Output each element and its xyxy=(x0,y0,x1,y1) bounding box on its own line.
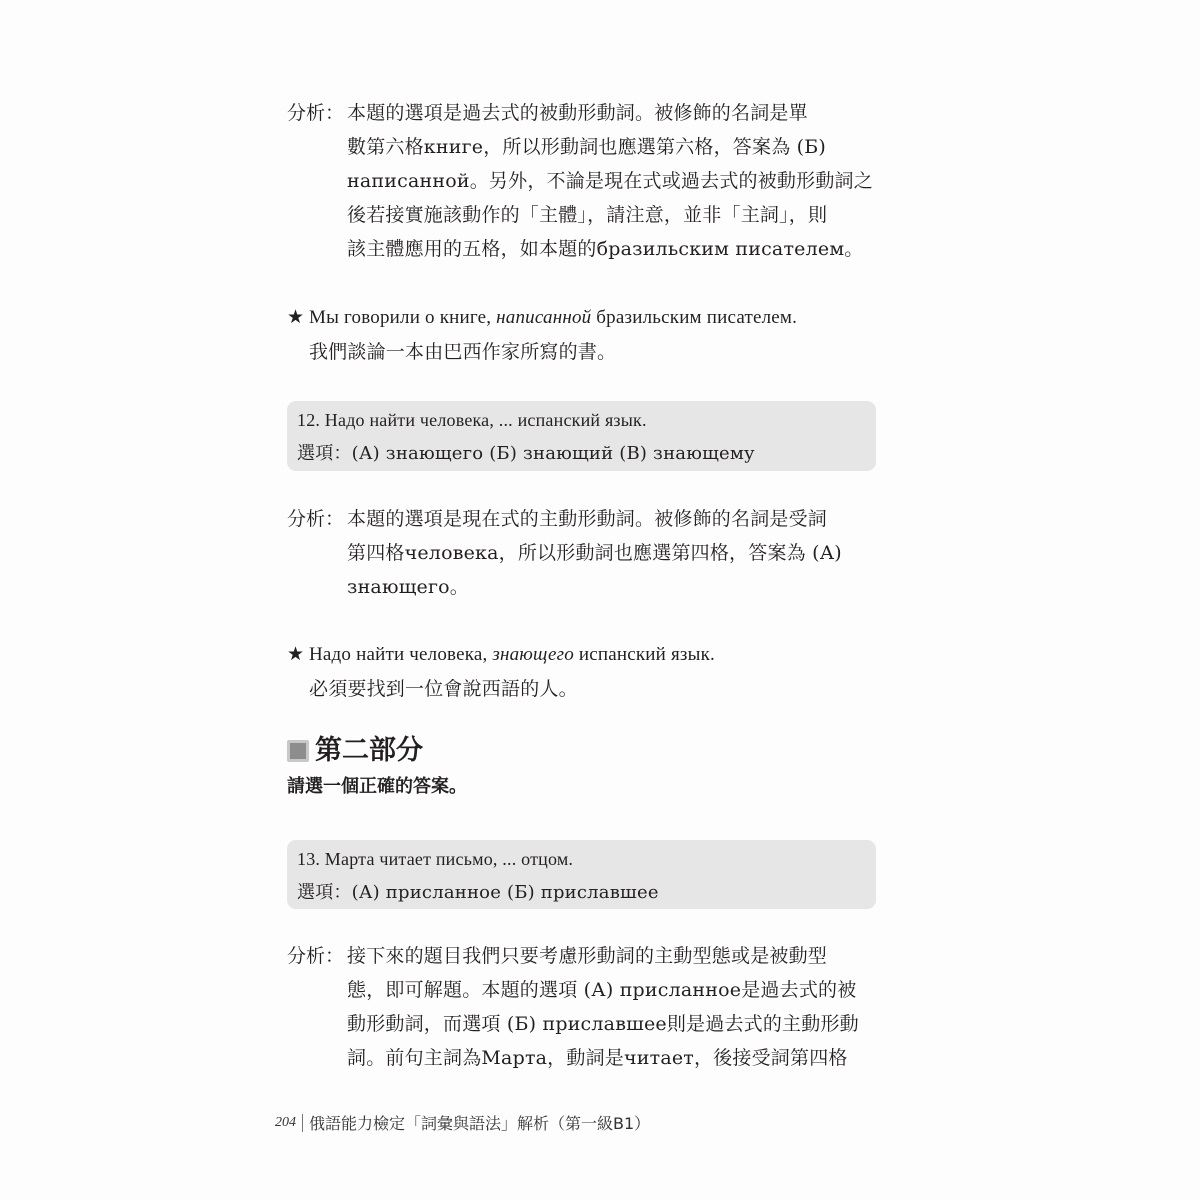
section-header: 第二部分 xyxy=(287,734,423,768)
example-translation: 必須要找到一位會說西語的人。 xyxy=(287,672,877,706)
question-options: 選項：(А) знающего (Б) знающий (В) знающему xyxy=(297,437,876,471)
highlighted-word: знающего xyxy=(492,644,574,665)
analysis-line: 數第六格книге，所以形動詞也應選第六格，答案為 (Б) xyxy=(347,130,877,164)
analysis-line: написанной。另外，不論是現在式或過去式的被動形動詞之 xyxy=(347,164,877,198)
analysis-line: 該主體應用的五格，如本題的бразильским писателем。 xyxy=(347,232,877,266)
question-box-13: 13. Марта читает письмо, ... отцом. 選項：(… xyxy=(287,840,876,909)
square-bullet-icon xyxy=(287,740,309,762)
analysis-line: 詞。前句主詞為Марта，動詞是читает，後接受詞第四格 xyxy=(347,1041,877,1075)
analysis-line: 第四格человека，所以形動詞也應選第四格，答案為 (А) xyxy=(347,536,877,570)
analysis-q11: 分析： 本題的選項是過去式的被動形動詞。被修飾的名詞是單 數第六格книге，所… xyxy=(287,96,877,266)
analysis-body: 本題的選項是現在式的主動形動詞。被修飾的名詞是受詞 第四格человека，所以… xyxy=(347,502,877,604)
highlighted-word: написанной xyxy=(496,307,591,328)
question-options: 選項：(А) присланное (Б) приславшее xyxy=(297,876,876,910)
analysis-line: 本題的選項是現在式的主動形動詞。被修飾的名詞是受詞 xyxy=(347,502,877,536)
footer-divider xyxy=(302,1114,303,1132)
page-footer: 204 俄語能力檢定「詞彙與語法」解析（第一級B1） xyxy=(275,1111,650,1134)
book-page: 分析： 本題的選項是過去式的被動形動詞。被修飾的名詞是單 數第六格книге，所… xyxy=(0,0,1200,1200)
analysis-label: 分析： xyxy=(287,939,347,1075)
question-box-12: 12. Надо найти человека, ... испанский я… xyxy=(287,401,876,471)
example-sentence: ★Надо найти человека, знающего испанский… xyxy=(287,637,877,672)
analysis-label: 分析： xyxy=(287,96,347,266)
section-title: 第二部分 xyxy=(315,734,423,768)
analysis-line: 後若接實施該動作的「主體」，請注意，並非「主詞」，則 xyxy=(347,198,877,232)
question-stem: 13. Марта читает письмо, ... отцом. xyxy=(297,842,876,876)
example-translation: 我們談論一本由巴西作家所寫的書。 xyxy=(287,335,877,369)
analysis-line: 本題的選項是過去式的被動形動詞。被修飾的名詞是單 xyxy=(347,96,877,130)
analysis-label: 分析： xyxy=(287,502,347,604)
analysis-line: 態，即可解題。本題的選項 (А) присланное是過去式的被 xyxy=(347,973,877,1007)
star-icon: ★ xyxy=(287,637,309,671)
analysis-q12: 分析： 本題的選項是現在式的主動形動詞。被修飾的名詞是受詞 第四格человек… xyxy=(287,502,877,604)
page-number: 204 xyxy=(275,1115,296,1131)
star-icon: ★ xyxy=(287,300,309,334)
analysis-q13: 分析： 接下來的題目我們只要考慮形動詞的主動型態或是被動型 態，即可解題。本題的… xyxy=(287,939,877,1075)
section-instruction: 請選一個正確的答案。 xyxy=(287,772,467,802)
example-q12: ★Надо найти человека, знающего испанский… xyxy=(287,637,877,706)
book-title: 俄語能力檢定「詞彙與語法」解析（第一級B1） xyxy=(309,1111,650,1134)
example-q11: ★Мы говорили о книге, написанной бразиль… xyxy=(287,300,877,369)
question-stem: 12. Надо найти человека, ... испанский я… xyxy=(297,403,876,437)
analysis-line: 接下來的題目我們只要考慮形動詞的主動型態或是被動型 xyxy=(347,939,877,973)
example-sentence: ★Мы говорили о книге, написанной бразиль… xyxy=(287,300,877,335)
analysis-body: 本題的選項是過去式的被動形動詞。被修飾的名詞是單 數第六格книге，所以形動詞… xyxy=(347,96,877,266)
analysis-line: 動形動詞，而選項 (Б) приславшее則是過去式的主動形動 xyxy=(347,1007,877,1041)
analysis-line: знающего。 xyxy=(347,570,877,604)
analysis-body: 接下來的題目我們只要考慮形動詞的主動型態或是被動型 態，即可解題。本題的選項 (… xyxy=(347,939,877,1075)
